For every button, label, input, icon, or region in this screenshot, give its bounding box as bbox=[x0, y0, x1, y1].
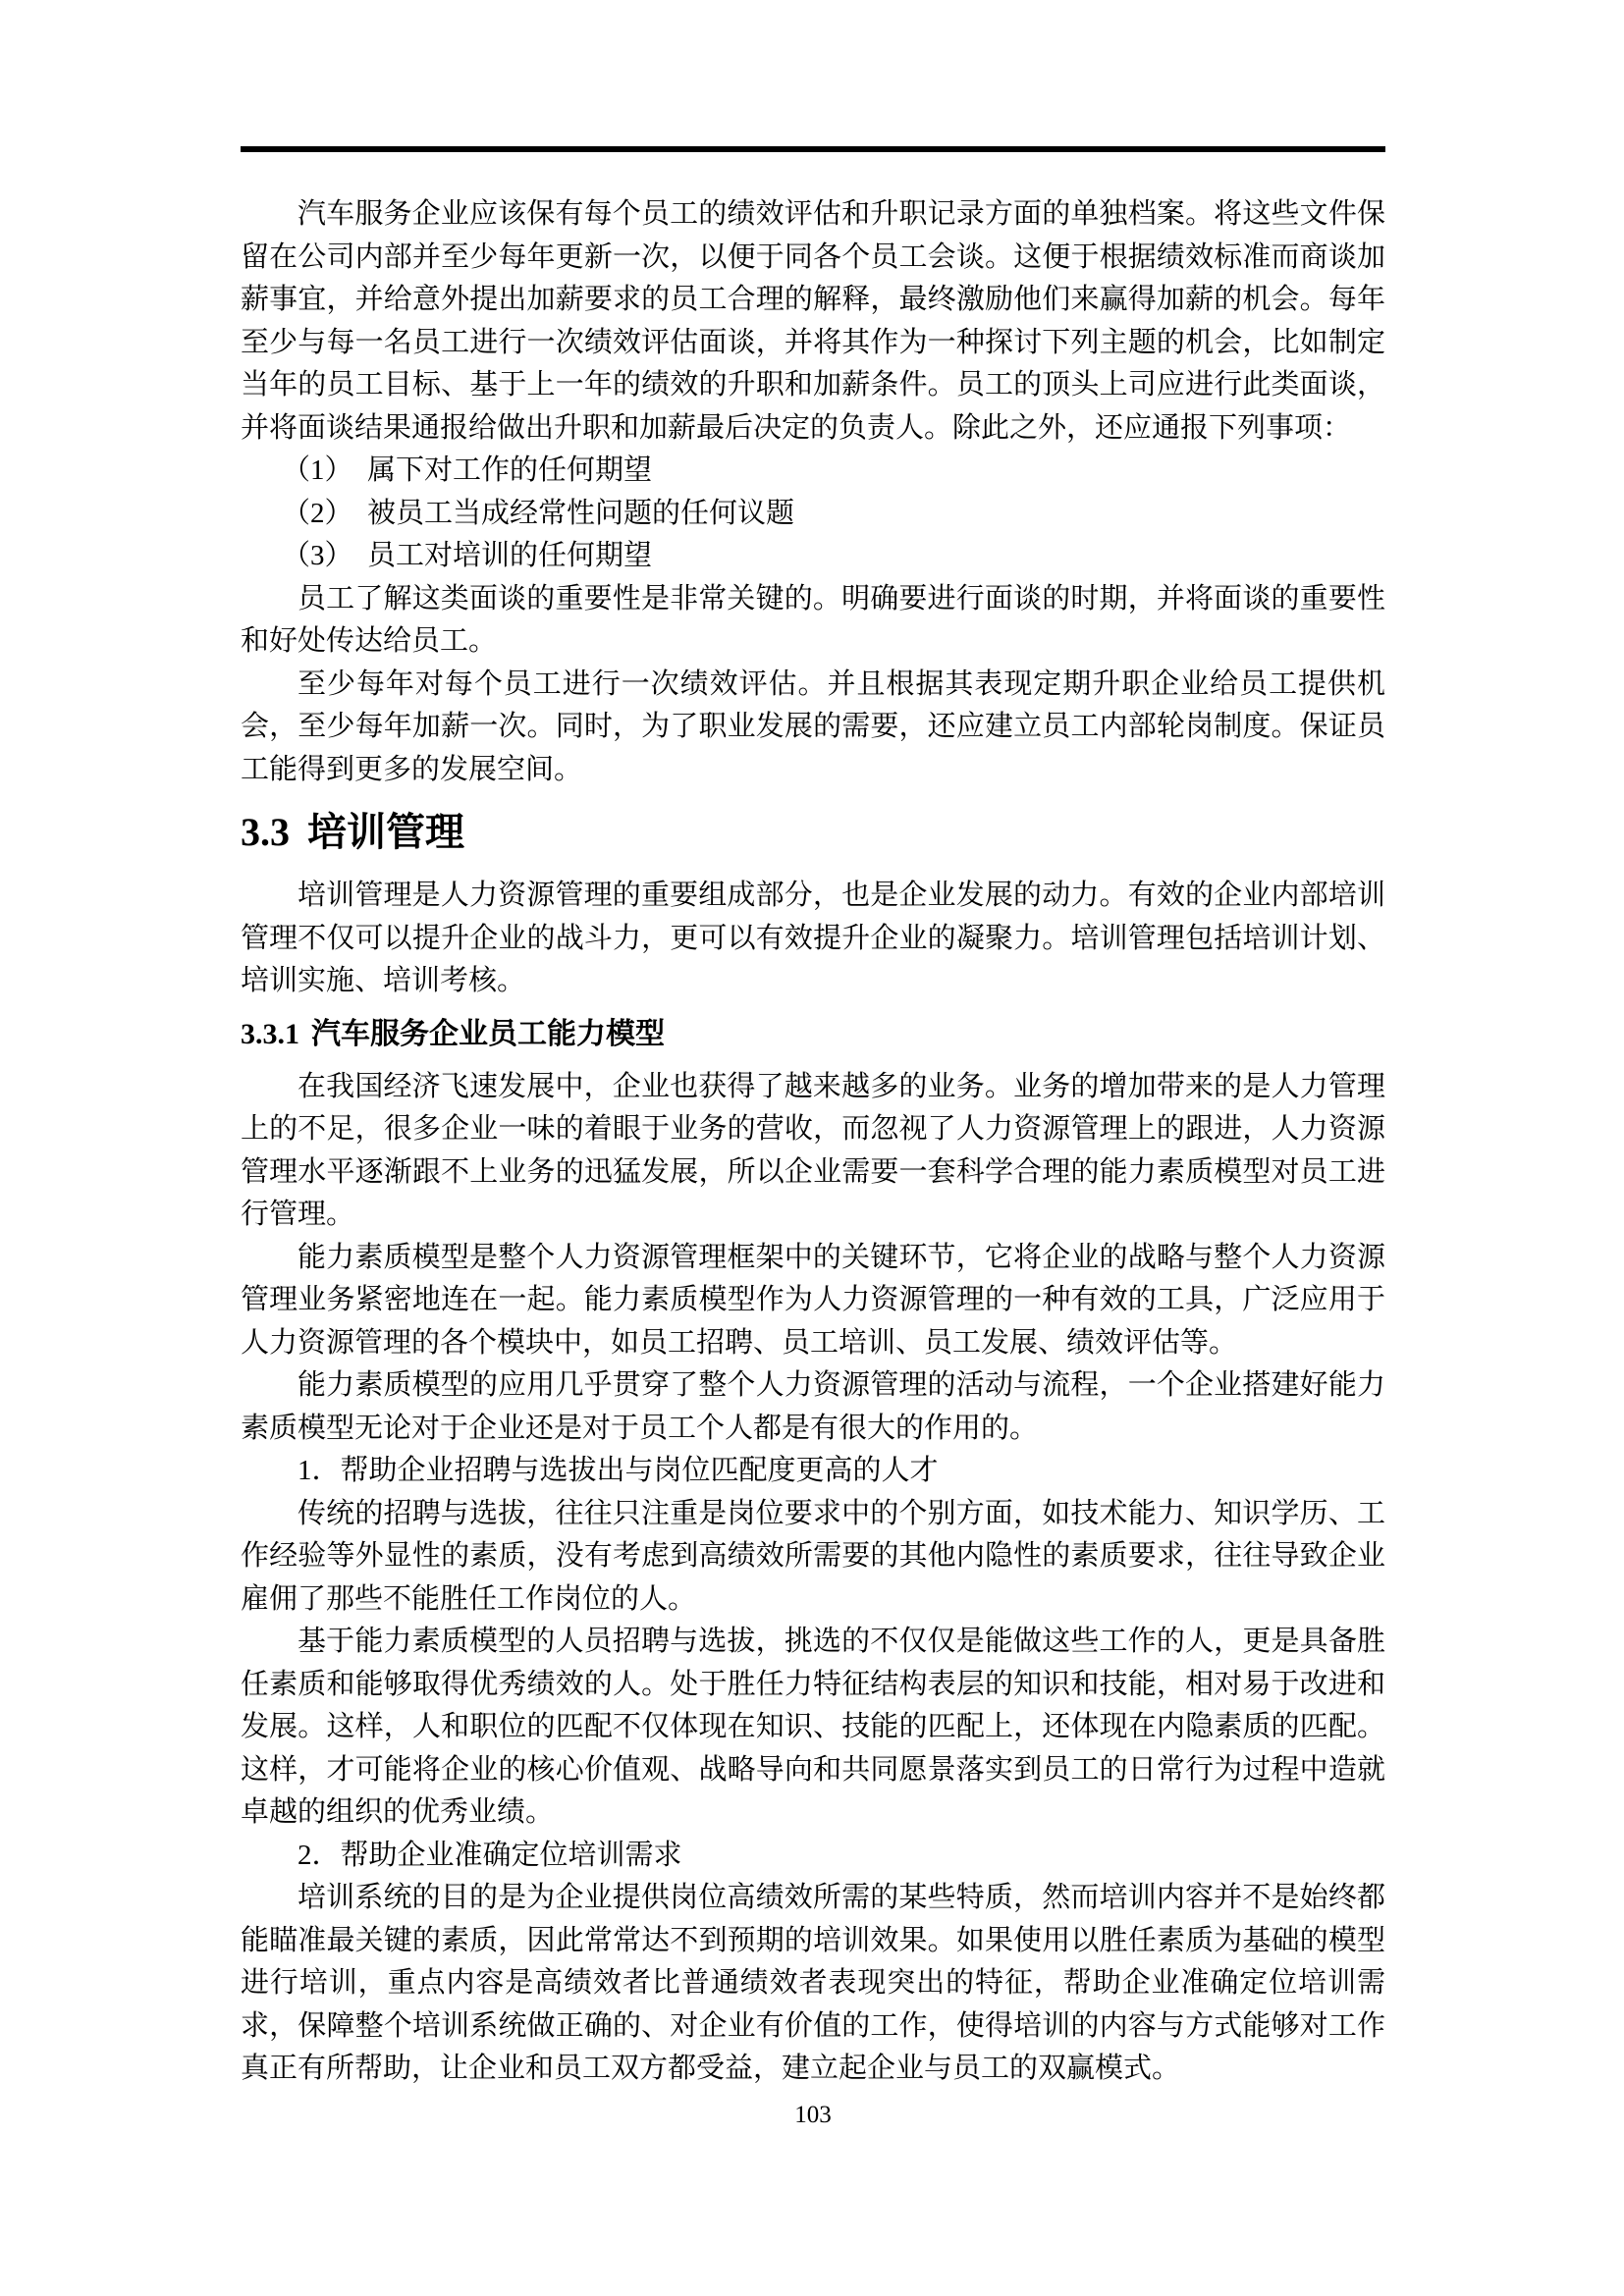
page-footer: 103 bbox=[241, 2101, 1385, 2130]
section-title: 培训管理 bbox=[307, 811, 464, 854]
subsection-title: 汽车服务企业员工能力模型 bbox=[311, 1018, 665, 1050]
body-paragraph: 员工了解这类面谈的重要性是非常关键的。明确要进行面谈的时期，并将面谈的重要性和好… bbox=[241, 578, 1385, 664]
body-paragraph: 能力素质模型是整个人力资源管理框架中的关键环节，它将企业的战略与整个人力资源管理… bbox=[241, 1237, 1385, 1365]
page-number: 103 bbox=[794, 2102, 832, 2128]
document-page: 汽车服务企业应该保有每个员工的绩效评估和升职记录方面的单独档案。将这些文件保留在… bbox=[0, 0, 1624, 2296]
body-paragraph: 基于能力素质模型的人员招聘与选拔，挑选的不仅仅是能做这些工作的人，更是具备胜任素… bbox=[241, 1621, 1385, 1835]
body-paragraph: 至少每年对每个员工进行一次绩效评估。并且根据其表现定期升职企业给员工提供机会，至… bbox=[241, 664, 1385, 792]
subsection-number: 3.3.1 bbox=[241, 1018, 299, 1050]
numbered-item-2: 2．帮助企业准确定位培训需求 bbox=[241, 1835, 1385, 1878]
subsection-heading-3-3-1: 3.3.1汽车服务企业员工能力模型 bbox=[241, 1013, 1385, 1056]
body-paragraph: 培训系统的目的是为企业提供岗位高绩效所需的某些特质，然而培训内容并不是始终都能瞄… bbox=[241, 1877, 1385, 2091]
body-paragraph: 汽车服务企业应该保有每个员工的绩效评估和升职记录方面的单独档案。将这些文件保留在… bbox=[241, 193, 1385, 450]
list-item-3: （3） 员工对培训的任何期望 bbox=[241, 535, 1385, 578]
body-paragraph: 能力素质模型的应用几乎贯穿了整个人力资源管理的活动与流程，一个企业搭建好能力素质… bbox=[241, 1364, 1385, 1450]
list-item-1: （1） 属下对工作的任何期望 bbox=[241, 450, 1385, 493]
body-paragraph: 传统的招聘与选拔，往往只注重是岗位要求中的个别方面，如技术能力、知识学历、工作经… bbox=[241, 1493, 1385, 1622]
section-heading-3-3: 3.3培训管理 bbox=[241, 807, 1385, 858]
header-rule bbox=[241, 146, 1385, 152]
body-paragraph: 在我国经济飞速发展中，企业也获得了越来越多的业务。业务的增加带来的是人力管理上的… bbox=[241, 1066, 1385, 1237]
list-item-2: （2） 被员工当成经常性问题的任何议题 bbox=[241, 493, 1385, 536]
numbered-item-1: 1．帮助企业招聘与选拔出与岗位匹配度更高的人才 bbox=[241, 1450, 1385, 1493]
body-paragraph: 培训管理是人力资源管理的重要组成部分，也是企业发展的动力。有效的企业内部培训管理… bbox=[241, 875, 1385, 1003]
page-body: 汽车服务企业应该保有每个员工的绩效评估和升职记录方面的单独档案。将这些文件保留在… bbox=[241, 193, 1385, 2091]
section-number: 3.3 bbox=[241, 810, 290, 854]
